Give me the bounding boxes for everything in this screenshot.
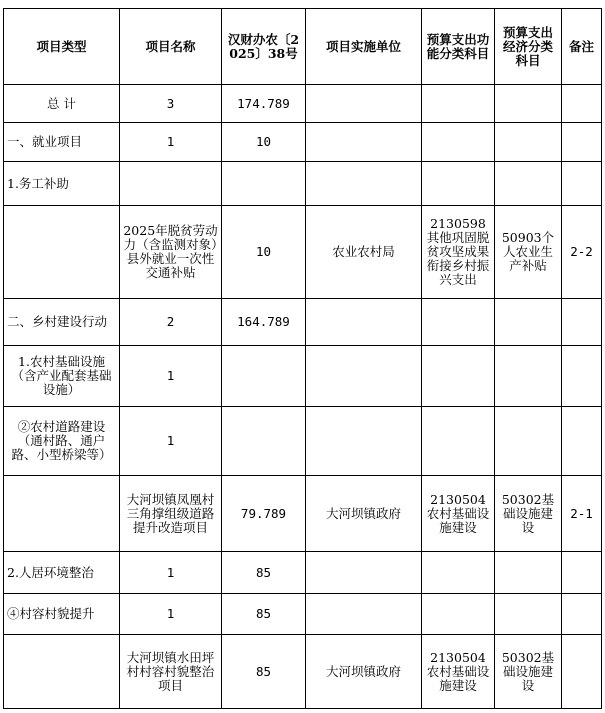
cell-econ [495,594,562,635]
cell-note [562,299,602,346]
cell-type [4,476,120,552]
cell-func [422,552,495,594]
cell-name: 1 [120,552,222,594]
cell-econ: 50302基础设施建设 [495,476,562,552]
cell-func [422,162,495,206]
cell-func: 2130504农村基础设施建设 [422,476,495,552]
cell-type: ④村容村貌提升 [4,594,120,635]
cell-amount: 10 [222,206,306,299]
cell-econ [495,346,562,407]
table-row: 2025年脱贫劳动力（含监测对象）县外就业一次性交通补贴 10 农业农村局 21… [4,206,602,299]
cell-unit [306,346,422,407]
cell-amount: 85 [222,635,306,709]
header-project-name: 项目名称 [120,9,222,85]
cell-econ [495,85,562,123]
cell-name: 大河坝镇水田坪村村容村貌整治项目 [120,635,222,709]
header-economic-classification: 预算支出经济分类科目 [495,9,562,85]
cell-type: ②农村道路建设（通村路、通户路、小型桥梁等） [4,407,120,476]
cell-func [422,123,495,162]
cell-unit: 大河坝镇政府 [306,635,422,709]
cell-func [422,407,495,476]
cell-econ [495,162,562,206]
table-row: ④村容村貌提升 1 85 [4,594,602,635]
cell-unit: 农业农村局 [306,206,422,299]
cell-note [562,85,602,123]
cell-econ [495,552,562,594]
table-row: 1.农村基础设施（含产业配套基础设施） 1 [4,346,602,407]
cell-name: 1 [120,123,222,162]
cell-note: 2-1 [562,476,602,552]
table-row: ②农村道路建设（通村路、通户路、小型桥梁等） 1 [4,407,602,476]
cell-type: 二、乡村建设行动 [4,299,120,346]
cell-unit [306,162,422,206]
cell-func [422,594,495,635]
cell-econ [495,123,562,162]
cell-econ: 50302基础设施建设 [495,635,562,709]
cell-name: 3 [120,85,222,123]
cell-unit [306,407,422,476]
cell-name: 2025年脱贫劳动力（含监测对象）县外就业一次性交通补贴 [120,206,222,299]
table-row: 大河坝镇凤凰村三角撑组级道路提升改造项目 79.789 大河坝镇政府 21305… [4,476,602,552]
header-row: 项目类型 项目名称 汉财办农〔2025〕38号 项目实施单位 预算支出功能分类科… [4,9,602,85]
project-fund-table: 项目类型 项目名称 汉财办农〔2025〕38号 项目实施单位 预算支出功能分类科… [3,8,602,709]
cell-name: 1 [120,407,222,476]
cell-func: 2130504农村基础设施建设 [422,635,495,709]
cell-type: 一、就业项目 [4,123,120,162]
cell-amount: 10 [222,123,306,162]
cell-unit [306,299,422,346]
cell-name: 2 [120,299,222,346]
table-row: 二、乡村建设行动 2 164.789 [4,299,602,346]
cell-note: 2-2 [562,206,602,299]
cell-func: 2130598其他巩固脱贫攻坚成果衔接乡村振兴支出 [422,206,495,299]
table-row: 大河坝镇水田坪村村容村貌整治项目 85 大河坝镇政府 2130504农村基础设施… [4,635,602,709]
cell-name: 1 [120,594,222,635]
cell-unit [306,594,422,635]
cell-name: 大河坝镇凤凰村三角撑组级道路提升改造项目 [120,476,222,552]
cell-note [562,594,602,635]
cell-amount [222,162,306,206]
header-project-type: 项目类型 [4,9,120,85]
cell-type: 1.务工补助 [4,162,120,206]
cell-type: 2.人居环境整治 [4,552,120,594]
cell-econ: 50903个人农业生产补贴 [495,206,562,299]
cell-name [120,162,222,206]
cell-note [562,552,602,594]
cell-amount [222,407,306,476]
cell-amount: 174.789 [222,85,306,123]
cell-amount: 79.789 [222,476,306,552]
cell-note [562,346,602,407]
cell-func [422,299,495,346]
cell-type: 总 计 [4,85,120,123]
cell-func [422,346,495,407]
cell-note [562,162,602,206]
cell-func [422,85,495,123]
cell-econ [495,299,562,346]
header-remarks: 备注 [562,9,602,85]
cell-amount: 85 [222,594,306,635]
table-row: 2.人居环境整治 1 85 [4,552,602,594]
cell-unit: 大河坝镇政府 [306,476,422,552]
table-row: 一、就业项目 1 10 [4,123,602,162]
cell-unit [306,552,422,594]
cell-note [562,407,602,476]
cell-type [4,635,120,709]
cell-type: 1.农村基础设施（含产业配套基础设施） [4,346,120,407]
table-row-total: 总 计 3 174.789 [4,85,602,123]
cell-unit [306,123,422,162]
cell-amount [222,346,306,407]
header-document-amount: 汉财办农〔2025〕38号 [222,9,306,85]
cell-econ [495,407,562,476]
table-row: 1.务工补助 [4,162,602,206]
cell-amount: 164.789 [222,299,306,346]
cell-amount: 85 [222,552,306,594]
cell-type [4,206,120,299]
header-implementing-unit: 项目实施单位 [306,9,422,85]
cell-name: 1 [120,346,222,407]
cell-note [562,123,602,162]
header-functional-classification: 预算支出功能分类科目 [422,9,495,85]
cell-unit [306,85,422,123]
cell-note [562,635,602,709]
